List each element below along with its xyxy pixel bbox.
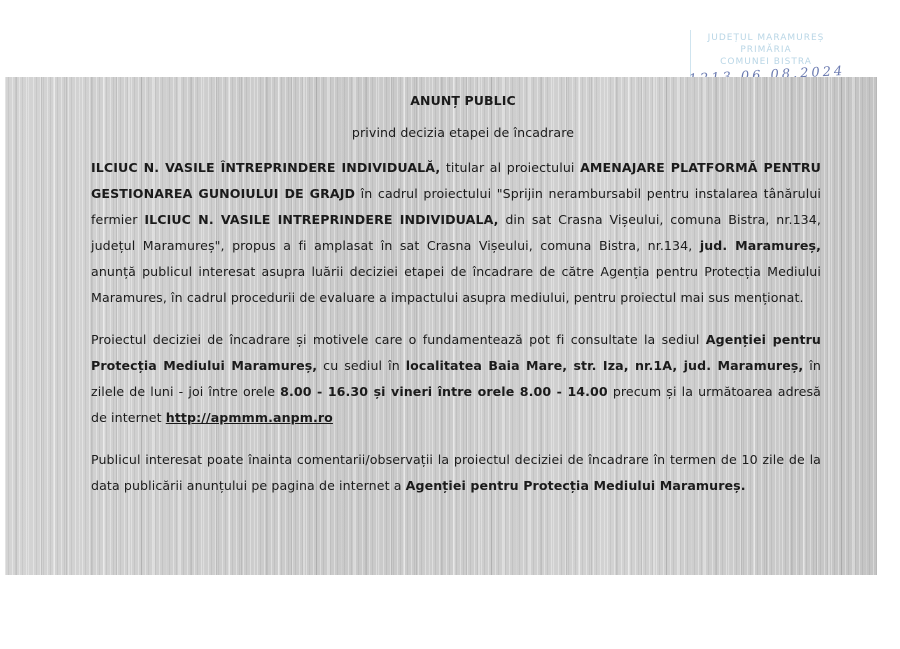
agency-website-link[interactable]: http://apmmm.anpm.ro xyxy=(166,410,333,425)
notice-paragraph-1: ILCIUC N. VASILE ÎNTREPRINDERE INDIVIDUA… xyxy=(91,155,821,311)
public-notice: ANUNȚ PUBLIC privind decizia etapei de î… xyxy=(91,88,821,515)
stamp-office: PRIMĂRIA xyxy=(691,44,841,56)
text: cu sediul în xyxy=(317,358,406,373)
applicant-name: ILCIUC N. VASILE ÎNTREPRINDERE INDIVIDUA… xyxy=(91,160,440,175)
notice-subtitle: privind decizia etapei de încadrare xyxy=(91,120,821,146)
registration-stamp: JUDEȚUL MARAMUREȘ PRIMĂRIA COMUNEI BISTR… xyxy=(690,30,841,82)
agency-address: localitatea Baia Mare, str. Iza, nr.1A, … xyxy=(406,358,804,373)
office-hours: 8.00 - 16.30 și vineri între orele 8.00 … xyxy=(280,384,608,399)
agency-name-2: Agenției pentru Protecția Mediului Maram… xyxy=(406,478,746,493)
notice-title: ANUNȚ PUBLIC xyxy=(91,88,821,114)
county: jud. Maramureș, xyxy=(700,238,821,253)
text: anunță publicul interesat asupra luării … xyxy=(91,264,821,305)
notice-paragraph-3: Publicul interesat poate înainta comenta… xyxy=(91,447,821,499)
text: Proiectul deciziei de încadrare și motiv… xyxy=(91,332,706,347)
text: titular al proiectului xyxy=(440,160,580,175)
applicant-name-2: ILCIUC N. VASILE INTREPRINDERE INDIVIDUA… xyxy=(144,212,498,227)
stamp-county: JUDEȚUL MARAMUREȘ xyxy=(691,32,841,44)
notice-paragraph-2: Proiectul deciziei de încadrare și motiv… xyxy=(91,327,821,431)
